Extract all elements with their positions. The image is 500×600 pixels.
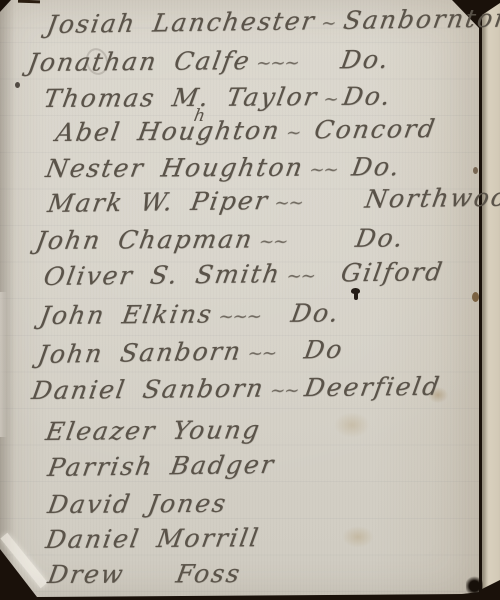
entry-name: Daniel Morrill [44,523,263,554]
stain [334,412,370,438]
entry-name: Jonathan Calfe [26,46,253,77]
gutter-shadow-blob [466,576,483,596]
entry-place: Do. [341,82,395,111]
entry-separator: ~~ [268,380,300,401]
entry-name: John Chapman [34,224,256,255]
ledger-entry: Eleazer Young [44,417,275,444]
ledger-entry: Nester Houghton~~Do. [44,154,403,181]
entry-place: Do [302,335,346,365]
ledger-entry: John Chapman~~Do. [34,225,407,253]
entry-name: Drew Foss [46,559,244,589]
ledger-entry: Daniel Sanborn~~Deerfield [30,374,443,403]
ledger-entry: Mark W. Piper~~Northwood. [46,184,500,216]
ledger-entry: Oliver S. Smith~~Gilford [42,259,446,289]
entry-name: Josiah Lanchester [45,6,318,39]
entry-name: Parrish Badger [46,450,278,482]
entry-name: Abel Houghton [54,116,283,147]
entry-separator [265,422,269,443]
entry-separator: ~~ [246,343,278,364]
insertion-caret: ^ [198,136,207,149]
entry-separator: ~~~ [254,53,300,74]
entry-separator [263,530,267,551]
entry-name: Nester Houghton [44,153,307,183]
gutter-speck [473,167,478,174]
page-left-shadow [0,0,15,600]
ink-blot [351,288,360,294]
ledger-entry: David Jones [46,491,241,517]
entry-separator [231,496,235,517]
manuscript-scan: Josiah Lanchester~Sanbornton Jonathan Ca… [0,0,500,600]
entry-name: Thomas M. Taylor [42,82,321,113]
ledger-entry: John Elkins~~~Do. [38,300,342,328]
entry-separator: ~~ [273,192,305,213]
ink-dot [15,82,20,88]
entry-name: Daniel Sanborn [30,374,267,405]
entry-name: John Elkins [38,299,216,330]
page-edge-highlight [0,292,7,437]
entry-place: Sanbornton [341,4,500,35]
entry-place: Northwood. [363,182,500,213]
ledger-entry: Drew Foss [46,561,255,587]
entry-name: David Jones [46,489,230,519]
ledger-entry: Daniel Morrill [44,525,274,552]
entry-separator [245,566,249,587]
ledger-entry: Parrish Badger [46,452,289,480]
adjacent-page-edge [482,0,500,600]
ledger-entry: Jonathan Calfe~~~Do. [26,47,392,75]
entry-separator [279,457,282,478]
entry-separator: ~~ [285,266,317,287]
bottom-left-corner-fold [0,533,47,588]
entry-place: Do. [339,45,393,74]
ledger-entry: Abel Houghton~Concord [54,116,438,145]
entry-place: Deerfield [302,372,443,402]
entry-name: John Sanborn [36,336,245,369]
stain [342,526,374,548]
entry-place: Do. [289,298,343,327]
entry-separator: ~~ [308,159,340,180]
entry-name: Mark W. Piper [46,186,272,218]
entry-place: Do. [353,223,407,252]
entry-separator: ~ [319,13,337,34]
entry-separator: ~~~ [217,306,263,327]
entry-place: Gilford [339,257,446,287]
entry-name: Eleazer Young [44,415,264,446]
entry-separator: ~ [284,122,302,143]
ledger-entry: Thomas M. Taylor~Do. [42,84,394,111]
entry-separator: ~~ [257,231,289,252]
entry-separator: ~ [322,89,340,110]
gutter-speck [472,292,479,302]
entry-name: Oliver S. Smith [42,259,284,291]
entry-place: Concord [312,114,438,144]
entry-place: Do. [350,152,404,181]
ledger-entry: Josiah Lanchester~Sanbornton [45,6,500,37]
